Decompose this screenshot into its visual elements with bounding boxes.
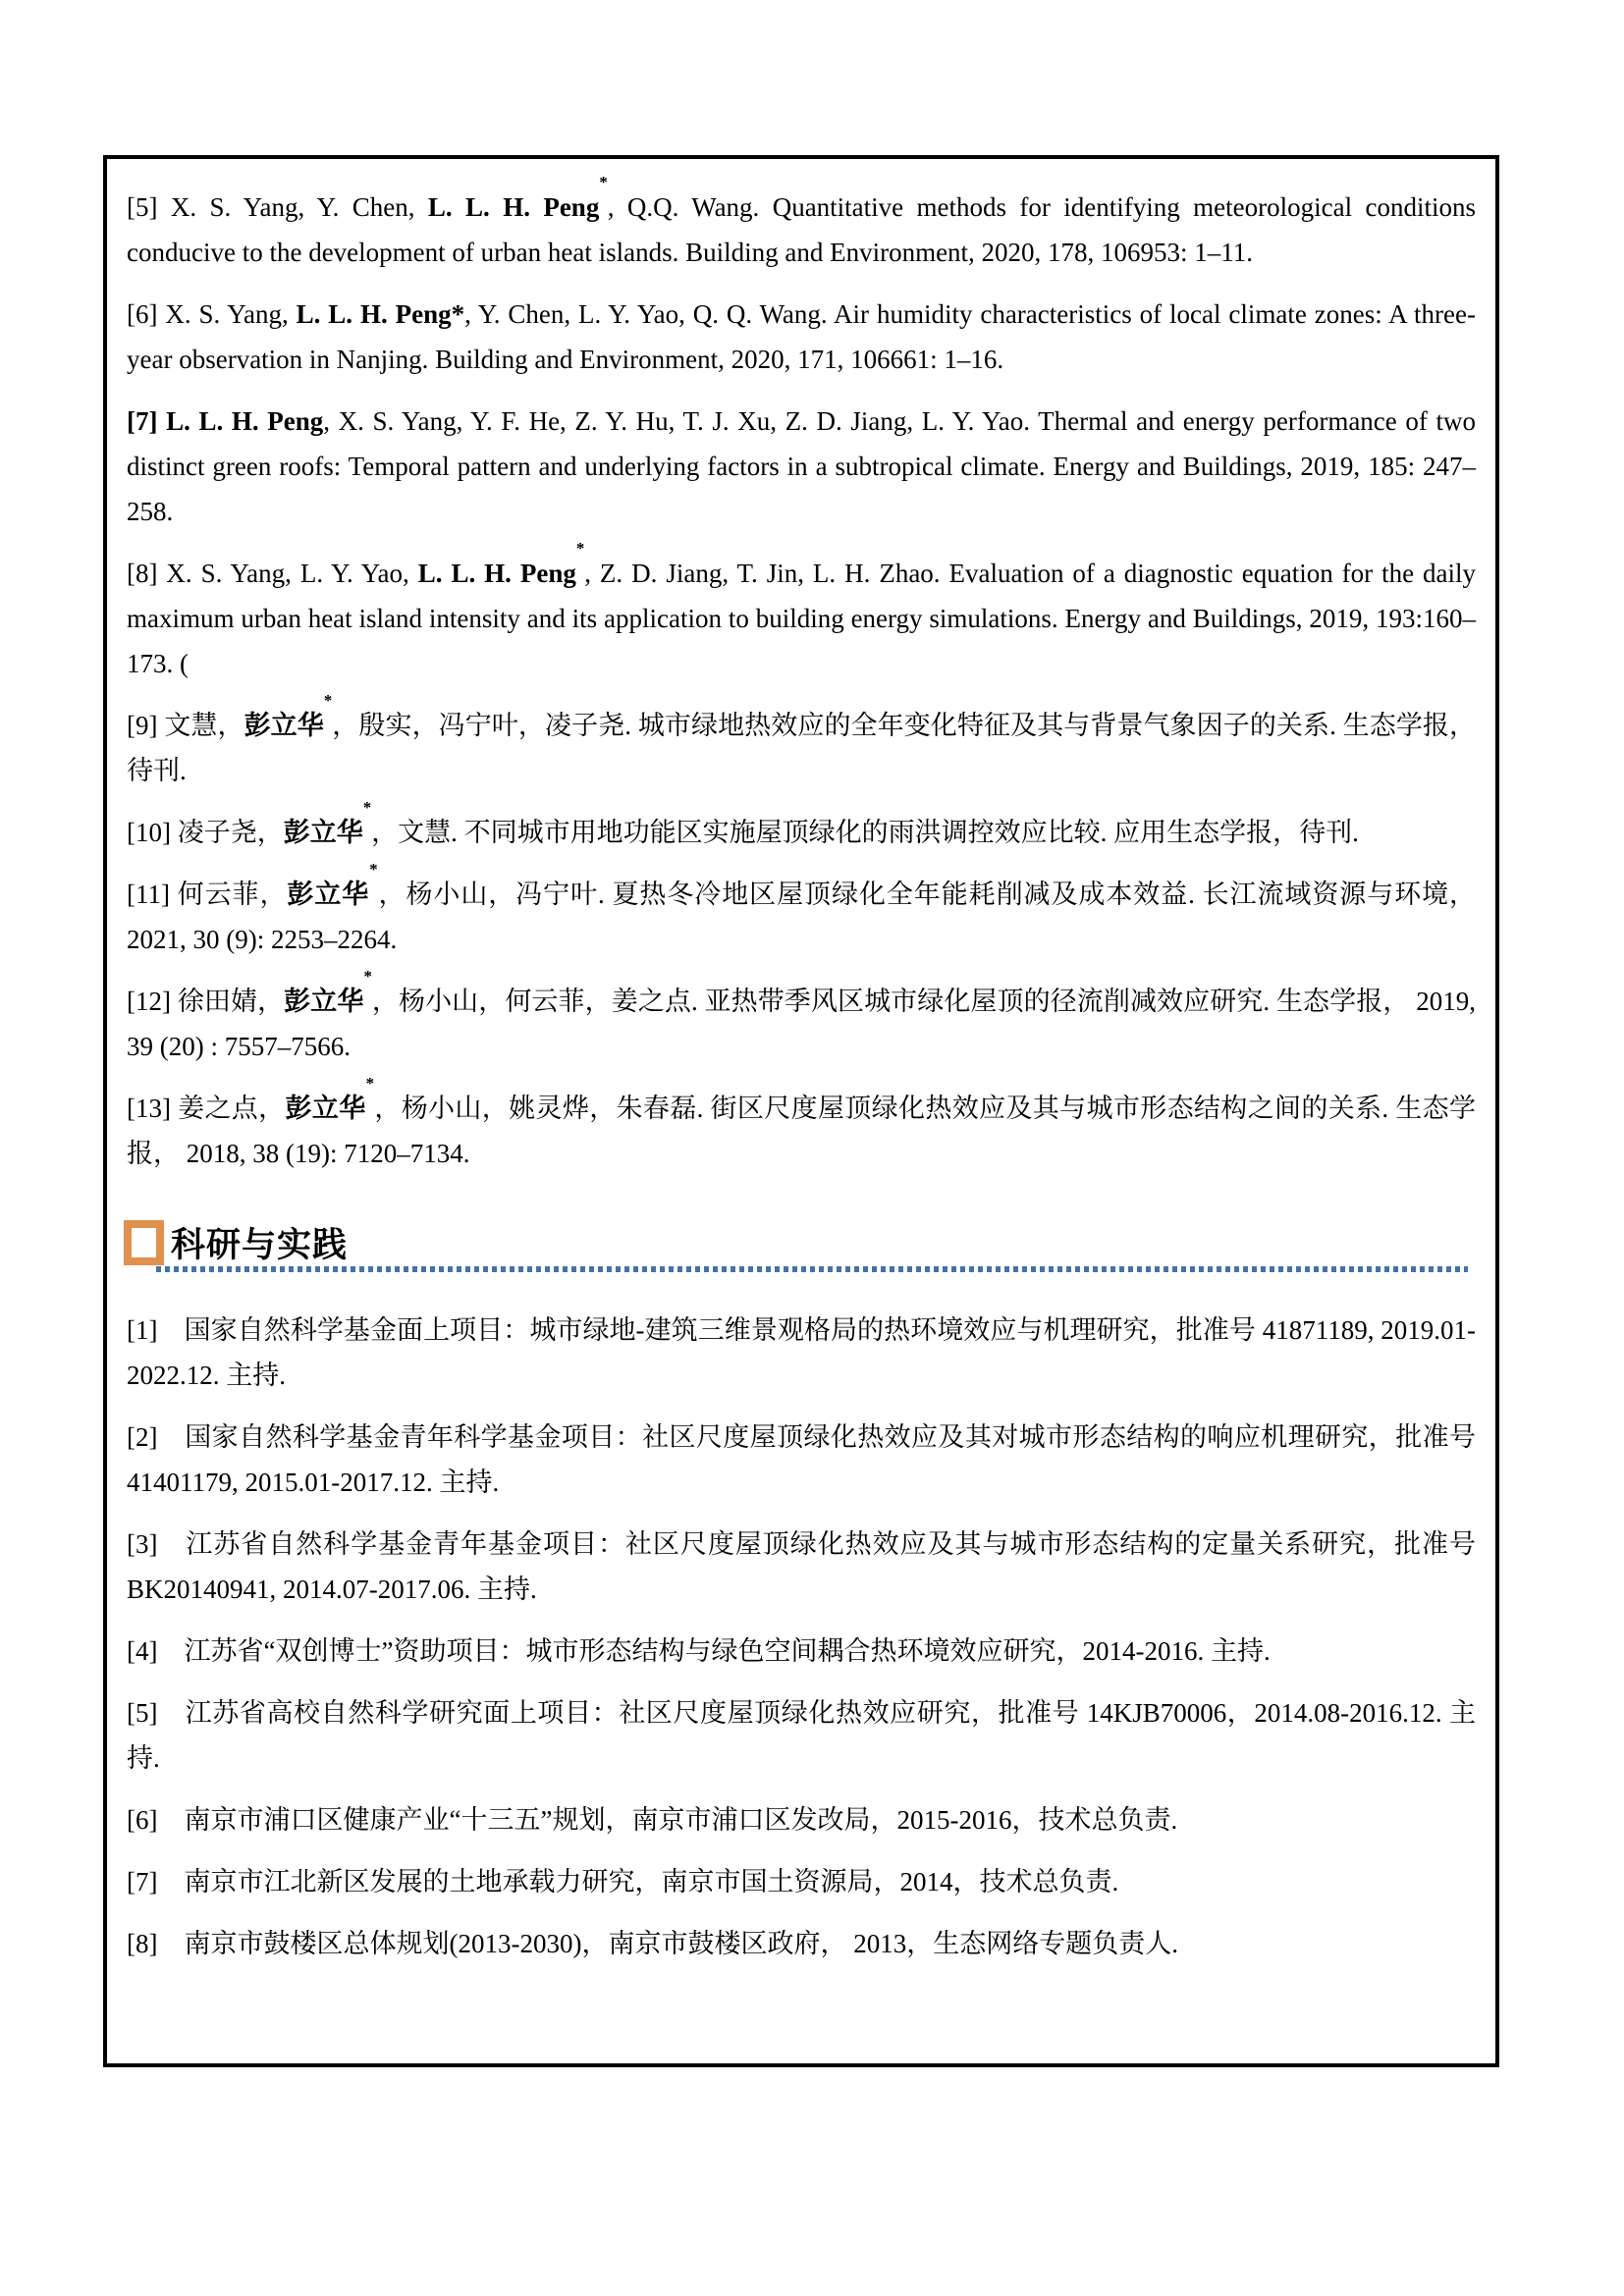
project-item: [5] 江苏省高校自然科学研究面上项目：社区尺度屋顶绿化热效应研究，批准号 14… <box>127 1690 1476 1781</box>
publication-item: [5] X. S. Yang, Y. Chen, L. L. H. Peng*,… <box>127 185 1476 275</box>
publication-list: [5] X. S. Yang, Y. Chen, L. L. H. Peng*,… <box>127 185 1476 1176</box>
publication-item: [13] 姜之点，彭立华*，杨小山，姚灵烨，朱春磊. 街区尺度屋顶绿化热效应及其… <box>127 1086 1476 1176</box>
project-item: [3] 江苏省自然科学基金青年基金项目：社区尺度屋顶绿化热效应及其与城市形态结构… <box>127 1522 1476 1612</box>
publication-item: [8] X. S. Yang, L. Y. Yao, L. L. H. Peng… <box>127 551 1476 686</box>
section-divider-dotted-line <box>156 1266 1468 1272</box>
publication-item: [10] 凌子尧，彭立华*，文慧. 不同城市用地功能区实施屋顶绿化的雨洪调控效应… <box>127 810 1476 855</box>
publication-item: [7] L. L. H. Peng, X. S. Yang, Y. F. He,… <box>127 399 1476 534</box>
project-item: [8] 南京市鼓楼区总体规划(2013-2030)，南京市鼓楼区政府， 2013… <box>127 1921 1476 1966</box>
publication-item: [11] 何云菲，彭立华*，杨小山，冯宁叶. 夏热冬冷地区屋顶绿化全年能耗削减及… <box>127 872 1476 962</box>
project-item: [7] 南京市江北新区发展的土地承载力研究，南京市国土资源局，2014，技术总负… <box>127 1859 1476 1904</box>
document-page: [5] X. S. Yang, Y. Chen, L. L. H. Peng*,… <box>0 0 1624 2296</box>
project-item: [4] 江苏省“双创博士”资助项目：城市形态结构与绿色空间耦合热环境效应研究，2… <box>127 1629 1476 1674</box>
project-list: [1] 国家自然科学基金面上项目：城市绿地-建筑三维景观格局的热环境效应与机理研… <box>127 1308 1476 1966</box>
publication-item: [6] X. S. Yang, L. L. H. Peng*, Y. Chen,… <box>127 292 1476 382</box>
section-title: 科研与实践 <box>171 1218 348 1267</box>
publication-item: [9] 文慧，彭立华*，殷实，冯宁叶，凌子尧. 城市绿地热效应的全年变化特征及其… <box>127 703 1476 793</box>
project-item: [2] 国家自然科学基金青年科学基金项目：社区尺度屋顶绿化热效应及其对城市形态结… <box>127 1415 1476 1505</box>
project-item: [1] 国家自然科学基金面上项目：城市绿地-建筑三维景观格局的热环境效应与机理研… <box>127 1308 1476 1398</box>
section-header: 科研与实践 <box>127 1219 1476 1266</box>
section-bullet-icon <box>124 1220 164 1265</box>
project-item: [6] 南京市浦口区健康产业“十三五”规划，南京市浦口区发改局，2015-201… <box>127 1797 1476 1842</box>
content-border-box: [5] X. S. Yang, Y. Chen, L. L. H. Peng*,… <box>103 155 1499 2067</box>
publication-item: [12] 徐田婧，彭立华*，杨小山，何云菲，姜之点. 亚热带季风区城市绿化屋顶的… <box>127 979 1476 1069</box>
